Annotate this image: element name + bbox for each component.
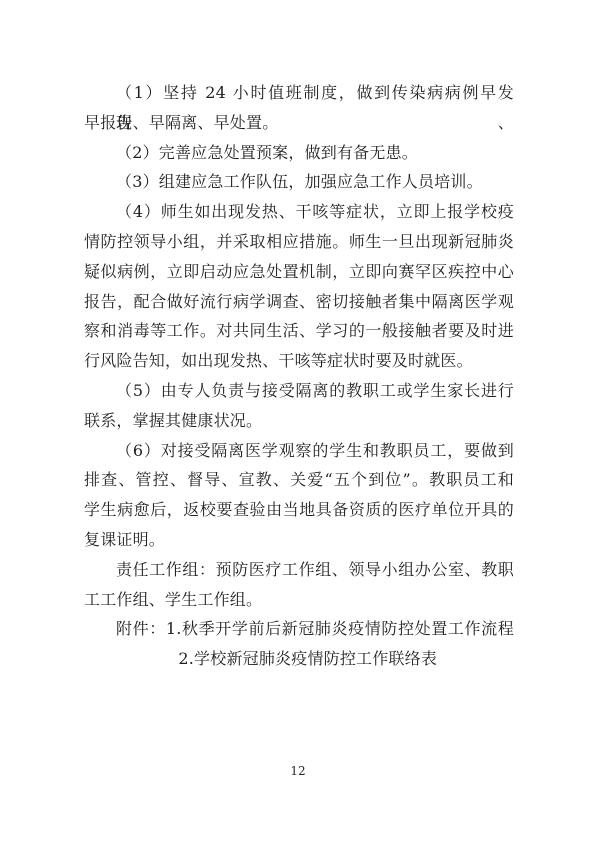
text-line: 情防控领导小组，并采取相应措施。师生一旦出现新冠肺炎	[84, 227, 514, 257]
text-line: 排查、管控、督导、宣教、关爱“五个到位”。教职员工和	[84, 465, 514, 495]
document-page: （1）坚持 24 小时值班制度，做到传染病病例早发现、早报告、早隔离、早处置。（…	[0, 0, 596, 842]
text-line: 报告，配合做好流行病学调查、密切接触者集中隔离医学观	[84, 287, 514, 317]
text-line: 察和消毒等工作。对共同生活、学习的一般接触者要及时进	[84, 316, 514, 346]
text-line: （6）对接受隔离医学观察的学生和教职员工，要做到	[84, 436, 514, 466]
text-line: 学生病愈后，返校要查验由当地具备资质的医疗单位开具的	[84, 495, 514, 525]
text-line: 行风险告知，如出现发热、干咳等症状时要及时就医。	[84, 346, 514, 376]
page-number: 12	[0, 763, 596, 779]
text-line: 2.学校新冠肺炎疫情防控工作联络表	[84, 644, 514, 674]
text-line: （1）坚持 24 小时值班制度，做到传染病病例早发现、	[84, 78, 514, 108]
text-line: 工工作组、学生工作组。	[84, 585, 514, 615]
text-line: （2）完善应急处置预案，做到有备无患。	[84, 138, 514, 168]
text-line: 疑似病例，立即启动应急处置机制，立即向赛罕区疾控中心	[84, 257, 514, 287]
text-line: （4）师生如出现发热、干咳等症状，立即上报学校疫	[84, 197, 514, 227]
text-line: 联系，掌握其健康状况。	[84, 406, 514, 436]
text-line: （3）组建应急工作队伍，加强应急工作人员培训。	[84, 167, 514, 197]
text-line: 责任工作组：预防医疗工作组、领导小组办公室、教职	[84, 555, 514, 585]
text-line: （5）由专人负责与接受隔离的教职工或学生家长进行	[84, 376, 514, 406]
text-line: 复课证明。	[84, 525, 514, 555]
text-line: 附件：1.秋季开学前后新冠肺炎疫情防控处置工作流程	[84, 614, 514, 644]
document-body: （1）坚持 24 小时值班制度，做到传染病病例早发现、早报告、早隔离、早处置。（…	[84, 78, 514, 674]
